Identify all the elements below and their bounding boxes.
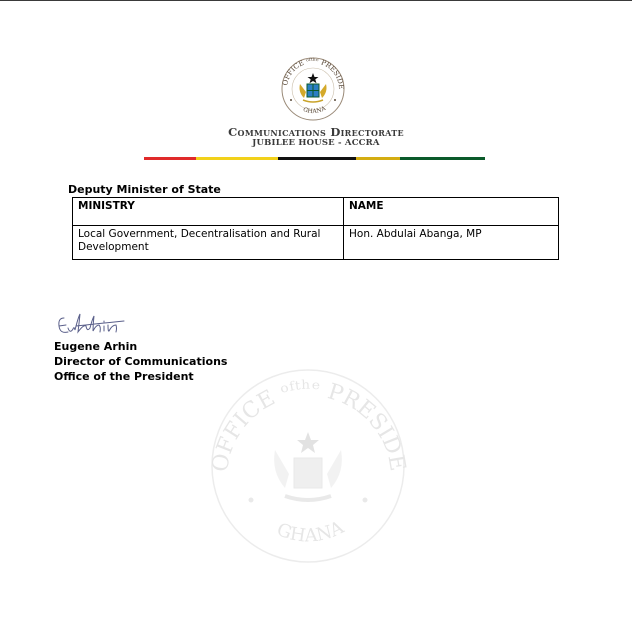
ministers-table: MINISTRY NAME Local Government, Decentra… (72, 197, 559, 260)
flag-rule-green (400, 157, 485, 160)
office-of-the-president-seal-watermark-icon: OFFICE ᵒᶠᵗʰᵉ PRESIDENT GHANA (205, 368, 411, 564)
flag-rule-red (144, 157, 196, 160)
table-header-row: MINISTRY NAME (73, 198, 559, 226)
svg-text:GHANA: GHANA (274, 517, 348, 547)
flag-rule-black (278, 157, 356, 160)
flag-rule-yellow (196, 157, 278, 160)
signatory-office: Office of the President (54, 370, 194, 383)
name-cell: Hon. Abdulai Abanga, MP (344, 226, 559, 260)
signatory-name: Eugene Arhin (54, 340, 137, 353)
directorate-title: Communications Directorate (0, 125, 632, 139)
signatory-title: Director of Communications (54, 355, 227, 368)
ministry-cell: Local Government, Decentralisation and R… (73, 226, 344, 260)
handwritten-signature-icon (54, 310, 134, 342)
national-colors-rule (144, 157, 485, 160)
table-row: Local Government, Decentralisation and R… (73, 226, 559, 260)
section-title: Deputy Minister of State (68, 183, 221, 196)
top-border-line (0, 0, 632, 1)
column-header-name: NAME (344, 198, 559, 226)
column-header-ministry: MINISTRY (73, 198, 344, 226)
flag-rule-gold (356, 157, 400, 160)
directorate-address: JUBILEE HOUSE - ACCRA (0, 138, 632, 148)
office-of-the-president-seal-icon: OFFICE ᵒᶠᵗʰᵉ PRESIDENT GHANA (278, 56, 348, 122)
